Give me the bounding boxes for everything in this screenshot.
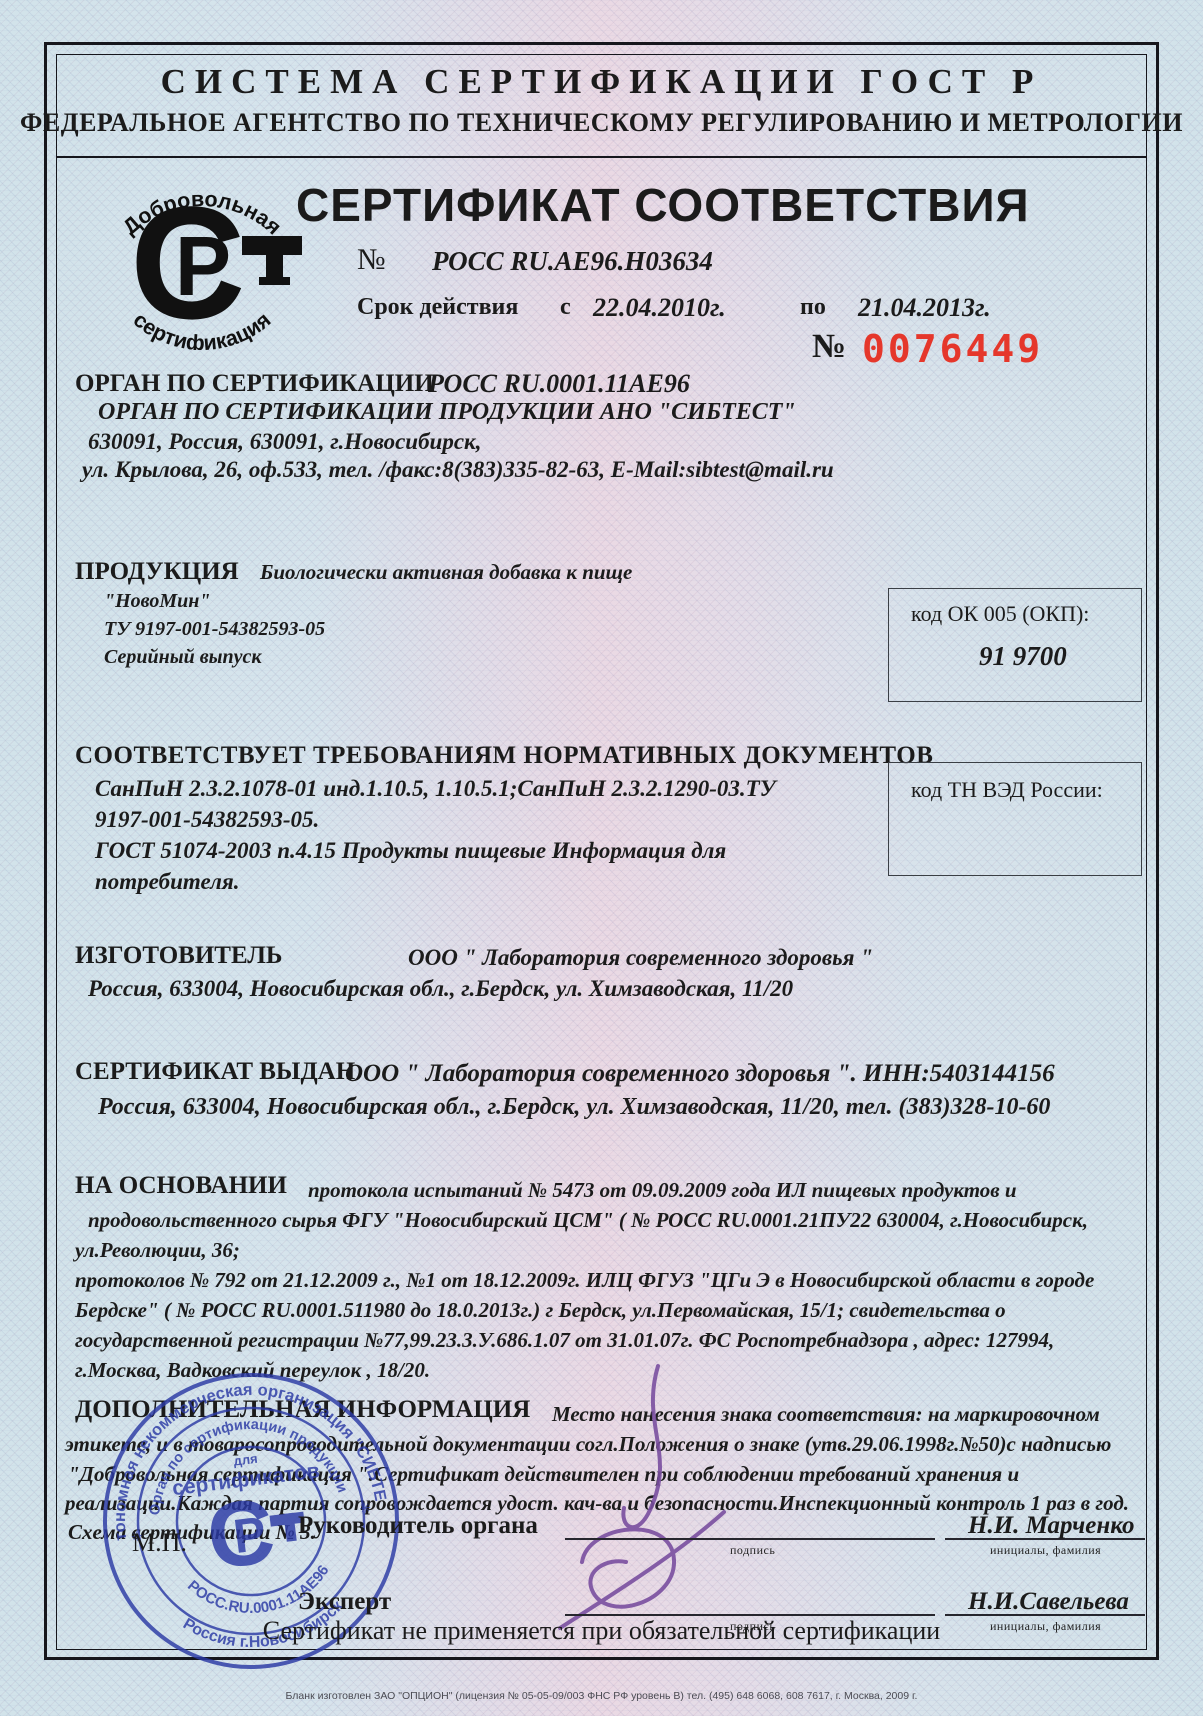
validity-to-label: по bbox=[800, 294, 826, 321]
compliance-line-3: ГОСТ 51074-2003 п.4.15 Продукты пищевые … bbox=[95, 838, 726, 864]
basis-line-1: продовольственного сырья ФГУ "Новосибирс… bbox=[88, 1208, 1088, 1233]
basis-line-2: ул.Революции, 36; bbox=[75, 1238, 240, 1263]
agency-title: ФЕДЕРАЛЬНОЕ АГЕНТСТВО ПО ТЕХНИЧЕСКОМУ РЕ… bbox=[0, 108, 1203, 138]
issued-to-section-label: СЕРТИФИКАТ ВЫДАН bbox=[75, 1058, 355, 1086]
validity-to-date: 21.04.2013г. bbox=[858, 293, 991, 323]
okp-code-box: код ОК 005 (ОКП): 91 9700 bbox=[888, 588, 1142, 702]
basis-line-0: протокола испытаний № 5473 от 09.09.2009… bbox=[308, 1178, 1017, 1203]
blank-number: 0076449 bbox=[862, 327, 1043, 371]
product-line-brand: "НовоМин" bbox=[104, 590, 210, 613]
mp-label: М.П. bbox=[132, 1528, 187, 1558]
logo-letter-p: Р bbox=[175, 219, 231, 313]
certificate-page: СИСТЕМА СЕРТИФИКАЦИИ ГОСТ Р ФЕДЕРАЛЬНОЕ … bbox=[0, 0, 1203, 1716]
validity-from-label: с bbox=[560, 294, 571, 321]
product-value: Биологически активная добавка к пище bbox=[260, 560, 632, 585]
compliance-section-label: СООТВЕТСТВУЕТ ТРЕБОВАНИЯМ НОРМАТИВНЫХ ДО… bbox=[75, 742, 933, 770]
issued-to-address: Россия, 633004, Новосибирская обл., г.Бе… bbox=[98, 1094, 1050, 1121]
expert-signature-line bbox=[565, 1578, 935, 1616]
expert-name: Н.И.Савельева bbox=[968, 1588, 1129, 1616]
issued-to-value: ООО " Лаборатория современного здоровья … bbox=[345, 1060, 1055, 1088]
basis-line-4: Бердске" ( № РОСС RU.0001.511980 до 18.0… bbox=[75, 1298, 1006, 1323]
validity-label: Срок действия bbox=[357, 294, 518, 321]
head-signature-line bbox=[565, 1502, 935, 1540]
head-name-caption: инициалы, фамилия bbox=[990, 1543, 1101, 1558]
org-reg-number: РОСС RU.0001.11АЕ96 bbox=[428, 369, 690, 399]
blank-number-label: № bbox=[812, 328, 846, 366]
logo-letter-t-bar bbox=[242, 236, 302, 285]
basis-line-5: государственной регистрации №77,99.23.3.… bbox=[75, 1328, 1054, 1353]
org-name: ОРГАН ПО СЕРТИФИКАЦИИ ПРОДУКЦИИ АНО "СИБ… bbox=[98, 399, 796, 426]
org-address-line1: 630091, Россия, 630091, г.Новосибирск, bbox=[88, 429, 481, 455]
stamp-center-top-text: для bbox=[233, 1451, 259, 1469]
product-line-tu: ТУ 9197-001-54382593-05 bbox=[104, 618, 325, 641]
basis-line-3: протоколов № 792 от 21.12.2009 г., №1 от… bbox=[75, 1268, 1094, 1293]
okp-code-label: код ОК 005 (ОКП): bbox=[911, 601, 1089, 627]
tnved-code-label: код ТН ВЭД России: bbox=[911, 777, 1103, 803]
rst-voluntary-logo-icon: Добровольная С Р сертификация bbox=[90, 160, 315, 350]
okp-code-value: 91 9700 bbox=[979, 641, 1067, 672]
compliance-line-2: 9197-001-54382593-05. bbox=[95, 807, 319, 833]
compliance-line-1: СанПиН 2.3.2.1078-01 инд.1.10.5, 1.10.5.… bbox=[95, 776, 776, 802]
product-line-serial: Серийный выпуск bbox=[104, 646, 262, 669]
system-title: СИСТЕМА СЕРТИФИКАЦИИ ГОСТ Р bbox=[0, 62, 1203, 102]
manufacturer-section-label: ИЗГОТОВИТЕЛЬ bbox=[75, 942, 282, 970]
header-divider bbox=[57, 156, 1146, 158]
manufacturer-address: Россия, 633004, Новосибирская обл., г.Бе… bbox=[88, 976, 793, 1002]
stamp-letter-p: Р bbox=[231, 1508, 269, 1565]
org-section-label: ОРГАН ПО СЕРТИФИКАЦИИ bbox=[75, 370, 434, 398]
product-section-label: ПРОДУКЦИЯ bbox=[75, 558, 239, 586]
expert-role-label: Эксперт bbox=[298, 1588, 391, 1616]
head-sign-caption: подпись bbox=[730, 1543, 775, 1558]
tnved-code-box: код ТН ВЭД России: bbox=[888, 762, 1142, 876]
bottom-notice: Сертификат не применяется при обязательн… bbox=[0, 1616, 1203, 1646]
compliance-line-4: потребителя. bbox=[95, 869, 239, 895]
certificate-title: СЕРТИФИКАТ СООТВЕТСТВИЯ bbox=[296, 178, 1030, 232]
cert-number-label: № bbox=[357, 243, 386, 277]
manufacturer-value: ООО " Лаборатория современного здоровья … bbox=[408, 945, 873, 971]
head-role-label: Руководитель органа bbox=[298, 1512, 538, 1540]
head-name: Н.И. Марченко bbox=[968, 1512, 1135, 1540]
org-address-line2: ул. Крылова, 26, оф.533, тел. /факс:8(38… bbox=[82, 457, 834, 483]
basis-section-label: НА ОСНОВАНИИ bbox=[75, 1172, 287, 1200]
cert-number: РОСС RU.АЕ96.Н03634 bbox=[432, 246, 713, 277]
validity-from-date: 22.04.2010г. bbox=[593, 293, 726, 323]
blank-manufacturer-fine-print: Бланк изготовлен ЗАО "ОПЦИОН" (лицензия … bbox=[0, 1690, 1203, 1702]
